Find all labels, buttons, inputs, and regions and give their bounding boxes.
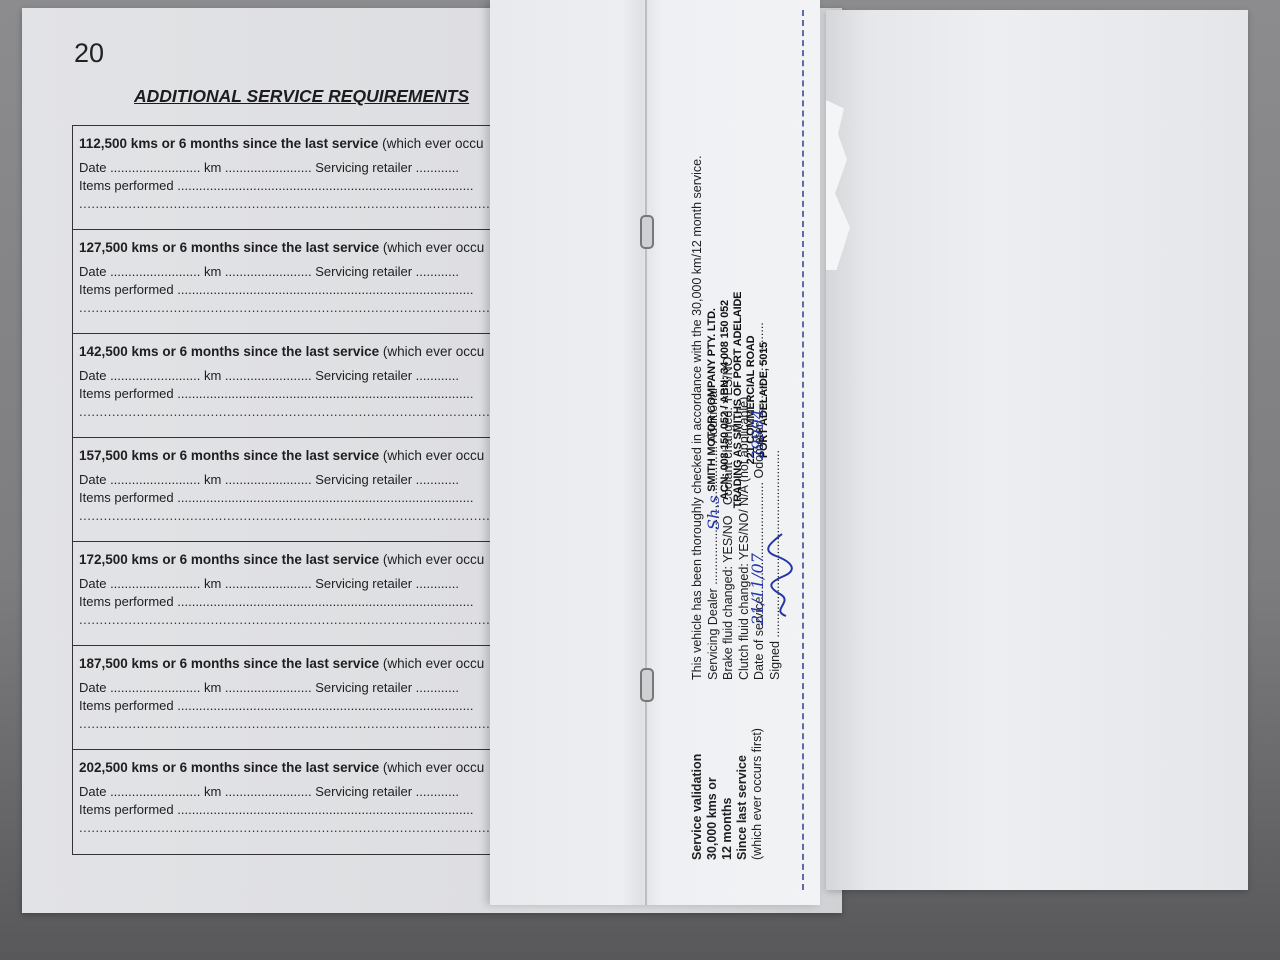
date-km-retailer-line[interactable]: Date ......................... km ......… [79, 368, 533, 383]
service-interval: 172,500 kms or 6 months since the last s… [79, 552, 533, 567]
date-km-retailer-line[interactable]: Date ......................... km ......… [79, 680, 533, 695]
items-performed-line[interactable]: Items performed ........................… [79, 594, 533, 609]
perforation-line [802, 10, 808, 890]
service-interval-note: (which ever occu [383, 448, 484, 463]
service-table: 112,500 kms or 6 months since the last s… [72, 125, 533, 855]
service-interval-note: (which ever occu [383, 240, 484, 255]
service-row: 112,500 kms or 6 months since the last s… [73, 126, 533, 230]
validation-km: 30,000 kms or [705, 690, 720, 860]
items-continuation-line[interactable]: ........................................… [79, 196, 533, 211]
right-page-blank [826, 10, 1248, 890]
validation-since: Since last service [735, 690, 750, 860]
items-continuation-line[interactable]: ........................................… [79, 404, 533, 419]
service-row: 172,500 kms or 6 months since the last s… [73, 542, 533, 646]
date-km-retailer-line[interactable]: Date ......................... km ......… [79, 160, 533, 175]
stamp-street: 221 COMMERCIAL ROAD [745, 260, 758, 540]
service-interval-note: (which ever occu [383, 656, 484, 671]
service-validation-insert: Service validation 30,000 kms or 12 mont… [490, 0, 820, 905]
handwritten-dealer: Sh.s [704, 495, 723, 530]
service-interval: 142,500 kms or 6 months since the last s… [79, 344, 533, 359]
dealer-label: Servicing Dealer [706, 588, 720, 680]
staple-icon [640, 668, 654, 702]
items-performed-line[interactable]: Items performed ........................… [79, 802, 533, 817]
items-performed-line[interactable]: Items performed ........................… [79, 386, 533, 401]
service-interval: 157,500 kms or 6 months since the last s… [79, 448, 533, 463]
service-interval: 112,500 kms or 6 months since the last s… [79, 136, 533, 151]
service-interval: 202,500 kms or 6 months since the last s… [79, 760, 533, 775]
date-km-retailer-line[interactable]: Date ......................... km ......… [79, 472, 533, 487]
validation-months: 12 months [720, 690, 735, 860]
insert-fold [645, 0, 647, 905]
handwritten-odometer: 29994 [748, 409, 767, 460]
show-through-stamp [500, 60, 610, 300]
handwritten-date: 21/11/07 [748, 553, 767, 625]
date-km-retailer-line[interactable]: Date ......................... km ......… [79, 784, 533, 799]
service-row: 202,500 kms or 6 months since the last s… [73, 750, 533, 854]
service-row: 127,500 kms or 6 months since the last s… [73, 230, 533, 334]
service-interval-note: (which ever occu [383, 760, 484, 775]
date-km-retailer-line[interactable]: Date ......................... km ......… [79, 576, 533, 591]
items-continuation-line[interactable]: ........................................… [79, 716, 533, 731]
service-interval: 187,500 kms or 6 months since the last s… [79, 656, 533, 671]
validation-title: Service validation [690, 690, 705, 860]
items-continuation-line[interactable]: ........................................… [79, 820, 533, 835]
validation-note: (which ever occurs first) [750, 690, 765, 860]
service-interval-note: (which ever occu [382, 136, 483, 151]
stamp-trading-name: TRADING AS SMITHS OF PORT ADELAIDE [732, 260, 745, 540]
stamp-suburb: PORT ADELAIDE, 5015 [758, 260, 771, 540]
date-km-retailer-line[interactable]: Date ......................... km ......… [79, 264, 533, 279]
items-performed-line[interactable]: Items performed ........................… [79, 178, 533, 193]
service-interval-note: (which ever occu [383, 344, 484, 359]
items-continuation-line[interactable]: ........................................… [79, 612, 533, 627]
torn-paper-edge [826, 100, 856, 270]
page-heading: ADDITIONAL SERVICE REQUIREMENTS [134, 86, 514, 107]
validation-label: Service validation 30,000 kms or 12 mont… [690, 690, 765, 860]
form-statement: This vehicle has been thoroughly checked… [690, 100, 706, 680]
brake-fluid-label: Brake fluid changed: YES/NO [721, 516, 735, 680]
service-row: 157,500 kms or 6 months since the last s… [73, 438, 533, 542]
items-performed-line[interactable]: Items performed ........................… [79, 282, 533, 297]
items-continuation-line[interactable]: ........................................… [79, 508, 533, 523]
items-performed-line[interactable]: Items performed ........................… [79, 698, 533, 713]
service-interval-note: (which ever occu [383, 552, 484, 567]
items-continuation-line[interactable]: ........................................… [79, 300, 533, 315]
signed-label: Signed [768, 641, 782, 680]
signature-scribble [766, 530, 796, 620]
staple-icon [640, 215, 654, 249]
validation-form: Service validation 30,000 kms or 12 mont… [690, 100, 800, 860]
page-number: 20 [74, 38, 104, 69]
service-row: 187,500 kms or 6 months since the last s… [73, 646, 533, 750]
items-performed-line[interactable]: Items performed ........................… [79, 490, 533, 505]
service-interval: 127,500 kms or 6 months since the last s… [79, 240, 533, 255]
service-row: 142,500 kms or 6 months since the last s… [73, 334, 533, 438]
